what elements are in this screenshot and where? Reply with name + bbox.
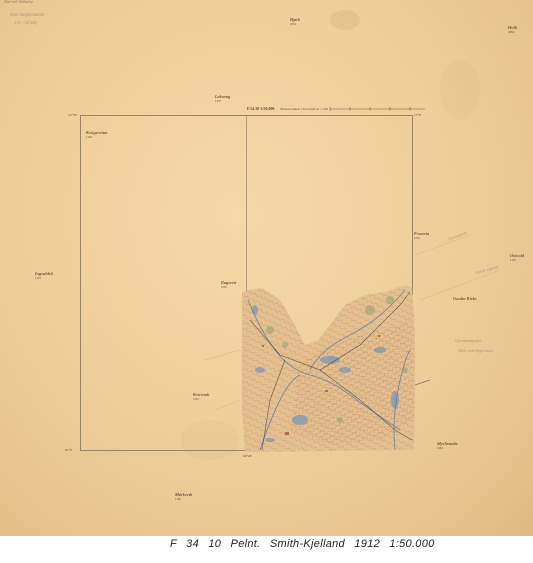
place-label: Holli2084 xyxy=(508,26,517,34)
place-label: Fossteia1081 xyxy=(414,232,429,240)
place-label: Ingvaldsli1125 xyxy=(35,272,53,280)
place-label: Bjørk1052 xyxy=(290,18,300,26)
place-label: Gaulia Kirke xyxy=(453,297,477,302)
place-label: Kvitvnalt1261 xyxy=(193,393,210,401)
surveyed-terrain xyxy=(0,0,533,536)
corner-mark-top-left: 12°30' xyxy=(68,113,77,117)
pencil-note-right-3b: Hele ved Apgrenset xyxy=(458,348,493,353)
scale-note: Maalestokken 1 Kvadratfod = 100 xyxy=(280,107,328,111)
place-label: Kvitgroetun1104 xyxy=(86,131,107,139)
corner-mark-bottom-left: 61°0' xyxy=(65,448,72,452)
pencil-note-right-3a: Gjennemgaaet xyxy=(455,338,481,343)
place-label: Myrlivaabe1061 xyxy=(437,442,458,450)
scale-bar xyxy=(330,107,425,111)
map-caption: F 34 10 Pelnt. Smith-Kjelland 1912 1:50.… xyxy=(170,538,435,550)
corner-mark-bottom-mid: 60°40' xyxy=(243,454,252,458)
pencil-note-top-left-1: Hos Sølgsvadene xyxy=(10,13,44,19)
place-label: Ostvold1105 xyxy=(510,254,524,262)
place-label: Rugsveit1081 xyxy=(221,281,237,289)
pencil-note-top-left-2: 1/4 - 10 Rtf. xyxy=(14,21,38,27)
corner-note: Dæl ved Vildvalue xyxy=(4,0,33,5)
sheet-title: F.34.10 1:50.000 xyxy=(247,106,274,111)
place-label: Lekvang1357 xyxy=(215,95,230,103)
place-label: Mørkvedt1105 xyxy=(175,493,192,501)
corner-mark-top-right: 13°0' xyxy=(414,113,421,117)
